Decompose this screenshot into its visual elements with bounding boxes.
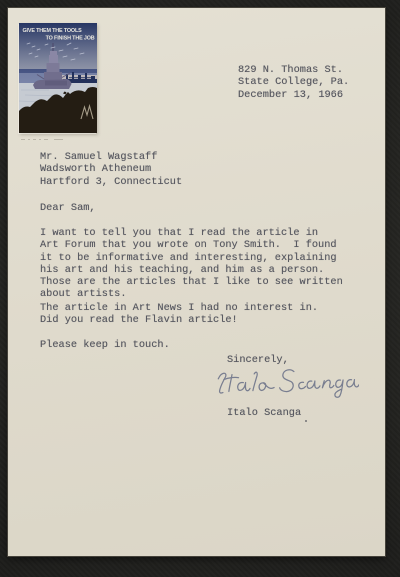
body-paragraph-2: The article in Art News I had no interes… xyxy=(40,302,318,327)
salutation: Dear Sam, xyxy=(40,202,96,214)
stray-ink-dot xyxy=(305,420,307,422)
body-paragraph-3: Please keep in touch. xyxy=(40,339,170,351)
war-poster-stamp: GIVE THEM THE TOOLS TO FINISH THE JOB xyxy=(19,23,97,133)
handwritten-signature xyxy=(211,362,359,404)
letter-paper: GIVE THEM THE TOOLS TO FINISH THE JOB 82… xyxy=(8,8,385,556)
stamp-title-line1: GIVE THEM THE TOOLS xyxy=(23,28,83,34)
scan-background: GIVE THEM THE TOOLS TO FINISH THE JOB 82… xyxy=(0,0,400,577)
stamp-caption-marks xyxy=(21,139,63,141)
sender-address-block: 829 N. Thomas St. State College, Pa. Dec… xyxy=(238,64,349,101)
body-paragraph-1: I want to tell you that I read the artic… xyxy=(40,227,343,301)
typed-signature-name: Italo Scanga xyxy=(227,407,301,419)
battleship-poster-illustration: GIVE THEM THE TOOLS TO FINISH THE JOB xyxy=(19,23,97,133)
stamp-title-line2: TO FINISH THE JOB xyxy=(46,36,95,42)
recipient-address-block: Mr. Samuel Wagstaff Wadsworth Atheneum H… xyxy=(40,151,182,188)
